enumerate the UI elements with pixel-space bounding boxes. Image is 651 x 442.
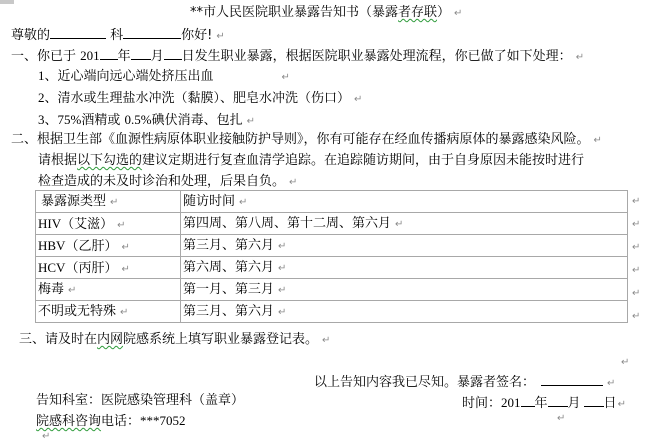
section-2-line-2: 请根据以下勾选的建议定期进行复查血清学追踪。在追踪随访期间，由于自身原因未能按时… [38, 154, 584, 167]
cell-mark-icon: ↵ [239, 197, 247, 208]
follow-up-time-cell: 第三月、第六月↵ [181, 235, 628, 257]
signature-blank-field[interactable] [541, 373, 603, 386]
date-month-blank[interactable] [548, 394, 568, 407]
row-end-mark-icon: ↵ [632, 243, 640, 253]
paragraph-mark-icon: ↵ [282, 72, 290, 83]
iodine-percentage: 0.5% [125, 112, 152, 127]
phone-number: ***7052 [140, 413, 186, 428]
section-2-text: 二、根据卫生部《血源性病原体职业接触防护导则》，你有可能存在经血传播病原体的暴露… [11, 132, 590, 147]
cell-mark-icon: ↵ [110, 197, 118, 208]
pathogen-name: （丙肝） [65, 261, 117, 276]
exposure-source-cell: 不明或无特殊↵ [36, 301, 181, 323]
schedule-text: 第六周、第六月 [183, 260, 274, 275]
date-line: 时间：201年月日↵ [462, 394, 626, 410]
page-corner-marker [0, 0, 14, 4]
schedule-text: 第三月、第六月 [183, 304, 274, 319]
pathogen-name: 不明或无特殊 [38, 304, 116, 319]
paragraph-mark-icon: ↵ [454, 8, 462, 19]
section-3-text-cont: 院感系统上填写职业暴露登记表。 [123, 332, 318, 347]
cell-mark-icon: ↵ [120, 307, 128, 318]
section-2-text: 请根据 [38, 153, 77, 168]
section-1-year-prefix: 201 [80, 48, 100, 63]
section-3-spellcheck-text: 内网 [97, 332, 123, 347]
section-2-line-3: 检查造成的未及时诊治和处理，后果自负。↵ [38, 175, 297, 188]
header-exposure-source-type: 暴露源类型↵ [36, 191, 181, 213]
table-row: HIV（艾滋）↵ 第四周、第八周、第十二周、第六月↵ [36, 213, 628, 235]
document-title: **市人民医院职业暴露告知书（暴露者存联）↵ [190, 6, 462, 19]
greeting-prefix: 尊敬的 [11, 28, 50, 43]
follow-up-time-cell: 第六周、第六月↵ [181, 257, 628, 279]
pathogen-code: HCV [38, 260, 65, 275]
item-text: 清水或生理盐水冲洗（黏膜）、肥皂水冲洗（伤口） [58, 91, 351, 106]
pathogen-name: 梅毒 [38, 282, 64, 297]
row-end-mark-icon: ↵ [632, 289, 640, 299]
follow-up-time-cell: 第四周、第八周、第十二周、第六月↵ [181, 213, 628, 235]
notifying-department-text: 告知科室：医院感染管理科（盖章） [36, 393, 244, 408]
section-2-text-cont: 建议定期进行复查血清学追踪。在追踪随访期间，由于自身原因未能按时进行 [142, 153, 584, 168]
date-day-label: 日 [604, 396, 617, 411]
cell-mark-icon: ↵ [117, 220, 125, 231]
month-label: 月 [151, 49, 164, 64]
paragraph-mark-icon: ↵ [607, 378, 615, 389]
notifying-department: 告知科室：医院感染管理科（盖章） [36, 394, 244, 407]
cell-mark-icon: ↵ [278, 241, 286, 252]
department-blank-field[interactable] [123, 26, 181, 39]
row-end-mark-icon: ↵ [632, 312, 640, 322]
exposure-source-cell: HCV（丙肝）↵ [36, 257, 181, 279]
section-3-text: 三、请及时在 [19, 332, 97, 347]
title-text-end: ） [437, 5, 450, 20]
follow-up-time-cell: 第三月、第六月↵ [181, 301, 628, 323]
pathogen-code: HIV [38, 216, 61, 231]
paragraph-mark-icon: ↵ [621, 358, 629, 368]
follow-up-schedule-table: 暴露源类型↵ 随访时间↵ HIV（艾滋）↵ 第四周、第八周、第十二周、第六月↵ … [35, 190, 628, 323]
date-year-blank[interactable] [521, 394, 535, 407]
greeting-department-label: 科 [110, 28, 123, 43]
cell-mark-icon: ↵ [278, 285, 286, 296]
cell-mark-icon: ↵ [278, 307, 286, 318]
paragraph-mark-icon: ↵ [289, 177, 297, 188]
exposure-day-blank[interactable] [164, 47, 182, 60]
cell-mark-icon: ↵ [121, 242, 129, 253]
item-number: 1、 [38, 68, 58, 83]
cell-mark-icon: ↵ [278, 263, 286, 274]
table-row: HBV（乙肝）↵ 第三月、第六月↵ [36, 235, 628, 257]
treatment-item-2: 2、清水或生理盐水冲洗（黏膜）、肥皂水冲洗（伤口）↵ [38, 91, 362, 105]
date-day-blank[interactable] [584, 394, 604, 407]
table-row: 不明或无特殊↵ 第三月、第六月↵ [36, 301, 628, 323]
cell-mark-icon: ↵ [395, 219, 403, 230]
exposure-source-cell: HIV（艾滋）↵ [36, 213, 181, 235]
item-number: 3、 [38, 112, 58, 127]
paragraph-mark-icon: ↵ [216, 31, 224, 42]
alcohol-percentage: 75% [58, 112, 82, 127]
paragraph-mark-icon: ↵ [247, 116, 255, 127]
item-number: 2、 [38, 90, 58, 105]
date-year-prefix: 201 [501, 395, 521, 410]
exposure-source-cell: HBV（乙肝）↵ [36, 235, 181, 257]
header-follow-up-time: 随访时间↵ [181, 191, 628, 213]
treatment-item-3: 3、75%酒精或 0.5%碘伏消毒、包扎↵ [38, 113, 255, 127]
table-row: HCV（丙肝）↵ 第六周、第六月↵ [36, 257, 628, 279]
year-label: 年 [118, 49, 131, 64]
section-3: 三、请及时在内网院感系统上填写职业暴露登记表。↵ [19, 333, 330, 346]
paragraph-mark-icon: ↵ [618, 399, 626, 410]
section-2-spellcheck-text: 以下勾选的 [77, 153, 142, 168]
exposure-year-blank[interactable] [100, 47, 118, 60]
title-text: **市人民医院职业暴露告知书（暴露 [190, 5, 398, 20]
consultation-phone: 院感科咨询电话：***7052 [36, 414, 186, 428]
section-1-prefix: 一、你已于 [11, 49, 80, 64]
acknowledgement-line: 以上告知内容我已尽知。暴露者签名：↵ [314, 373, 615, 389]
title-spellcheck-text: 者存联 [398, 5, 437, 20]
date-year-label: 年 [535, 396, 548, 411]
paragraph-mark-icon: ↵ [594, 135, 602, 146]
exposure-month-blank[interactable] [131, 47, 151, 60]
paragraph-mark-icon: ↵ [576, 52, 584, 63]
date-label: 时间： [462, 396, 501, 411]
pathogen-code: HBV [38, 238, 65, 253]
pathogen-name: （乙肝） [65, 239, 117, 254]
section-2-line-1: 二、根据卫生部《血源性病原体职业接触防护导则》，你有可能存在经血传播病原体的暴露… [11, 133, 602, 146]
item-text: 近心端向远心端处挤压出血 [58, 69, 214, 84]
greeting-suffix: 你好! [181, 28, 212, 43]
treatment-item-1: 1、近心端向远心端处挤压出血↵ [38, 69, 290, 83]
greeting-line: 尊敬的 科你好!↵ [11, 26, 225, 42]
item-text: 酒精或 [81, 113, 124, 128]
header-label: 暴露源类型 [41, 194, 106, 209]
section-1-heading: 一、你已于 201年月日发生职业暴露，根据医院职业暴露处理流程，你已做了如下处理… [11, 47, 584, 63]
name-blank-field[interactable] [50, 26, 106, 39]
section-2-text: 检查造成的未及时诊治和处理，后果自负。 [38, 174, 285, 189]
exposure-source-cell: 梅毒↵ [36, 279, 181, 301]
row-end-mark-icon: ↵ [632, 197, 640, 207]
phone-label-spellcheck: 院感科咨询 [36, 414, 101, 429]
paragraph-mark-icon: ↵ [354, 94, 362, 105]
acknowledgement-text: 以上告知内容我已尽知。暴露者签名： [314, 375, 535, 390]
header-label: 随访时间 [183, 194, 235, 209]
schedule-text: 第一月、第三月 [183, 282, 274, 297]
date-month-label: 月 [568, 396, 581, 411]
follow-up-time-cell: 第一月、第三月↵ [181, 279, 628, 301]
schedule-text: 第四周、第八周、第十二周、第六月 [183, 216, 391, 231]
paragraph-mark-icon: ↵ [557, 414, 565, 424]
pathogen-name: （艾滋） [61, 217, 113, 232]
row-end-mark-icon: ↵ [632, 220, 640, 230]
row-end-mark-icon: ↵ [632, 266, 640, 276]
section-1-text: 日发生职业暴露，根据医院职业暴露处理流程，你已做了如下处理： [182, 49, 572, 64]
paragraph-mark-icon: ↵ [322, 335, 330, 346]
cell-mark-icon: ↵ [121, 264, 129, 275]
table-header-row: 暴露源类型↵ 随访时间↵ [36, 191, 628, 213]
item-text-end: 碘伏消毒、包扎 [152, 113, 243, 128]
schedule-text: 第三月、第六月 [183, 238, 274, 253]
paragraph-mark-icon: ↵ [42, 432, 50, 442]
phone-label: 电话： [101, 414, 140, 429]
table-row: 梅毒↵ 第一月、第三月↵ [36, 279, 628, 301]
cell-mark-icon: ↵ [68, 285, 76, 296]
